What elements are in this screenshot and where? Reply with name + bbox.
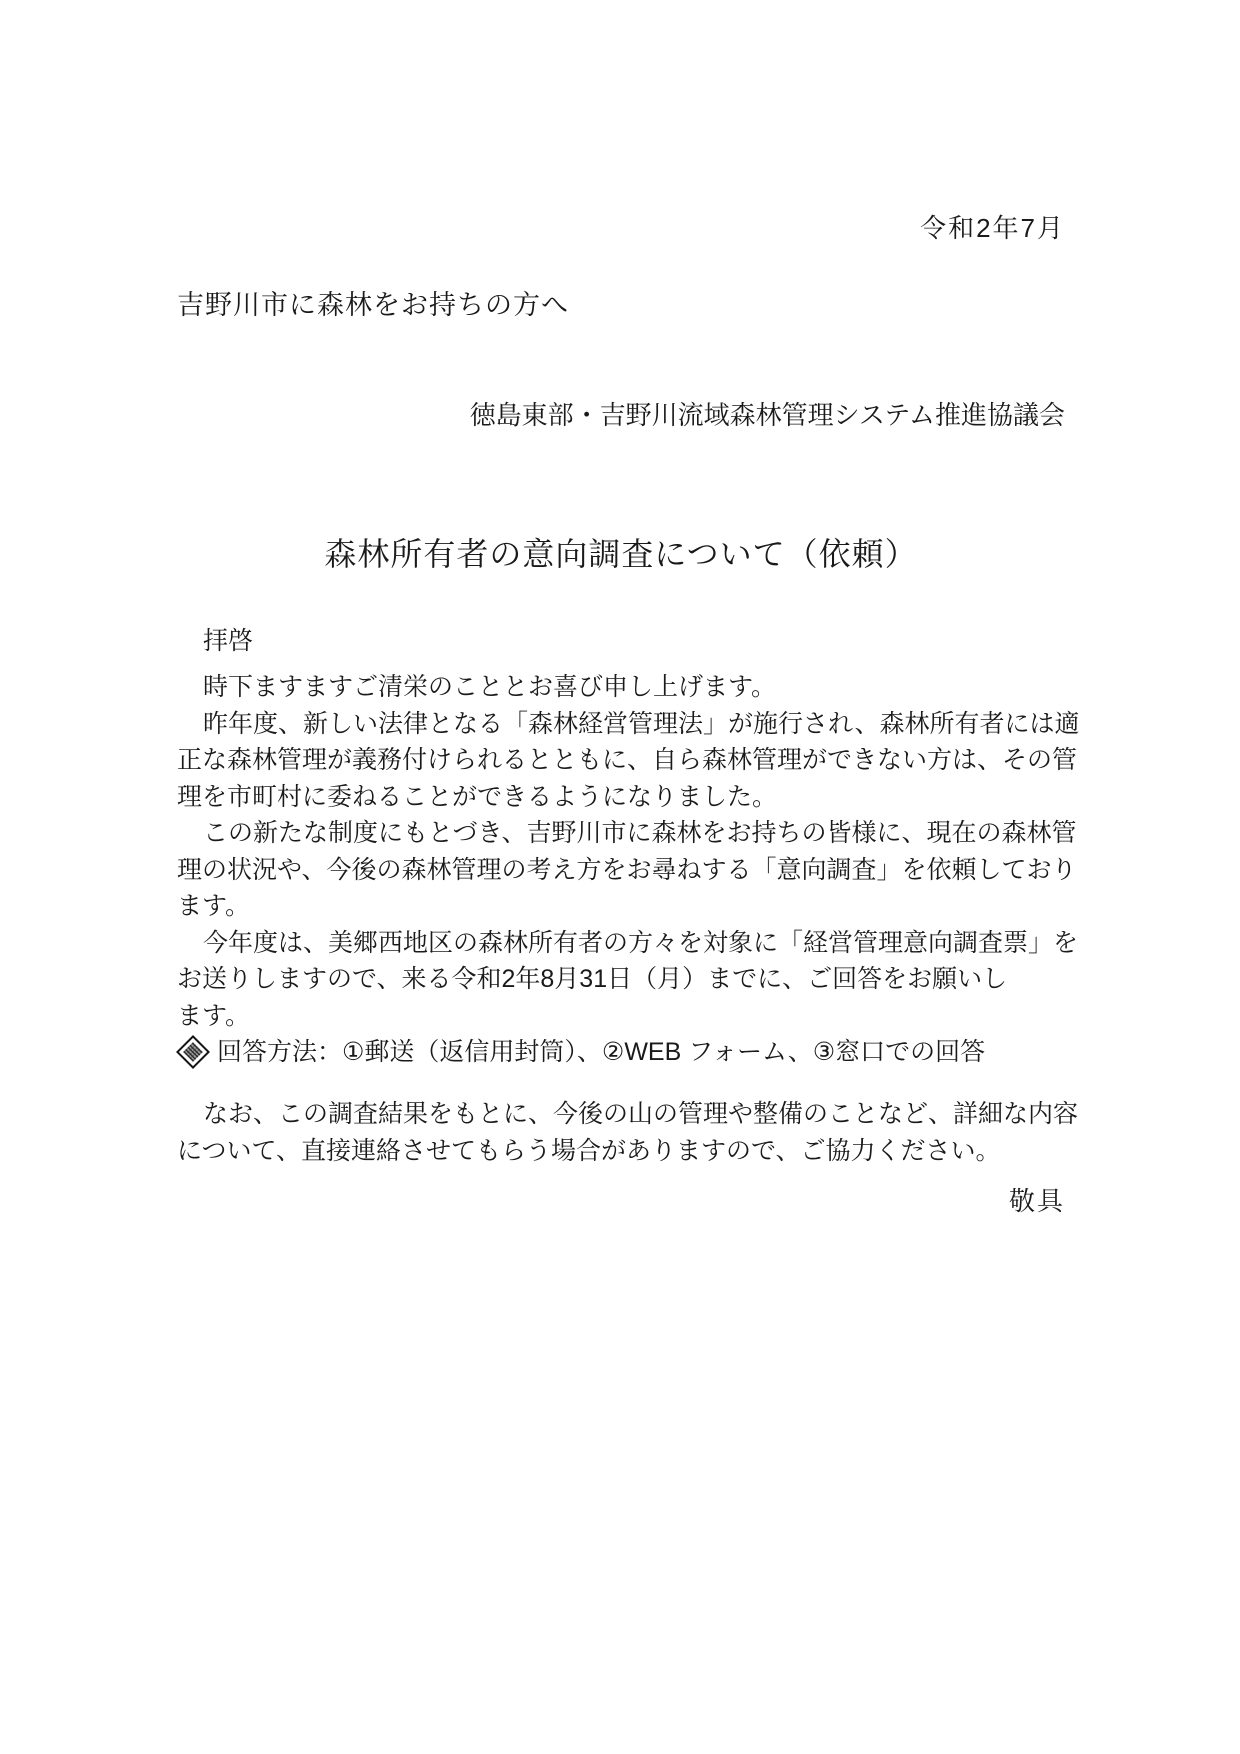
reply-method-text: 回答方法：①郵送（返信用封筒）、②WEB フォーム、③窓口での回答 (217, 1034, 985, 1071)
body-line: について、直接連絡させてもらう場合がありますので、ご協力ください。 (177, 1133, 1065, 1170)
closing-word: 敬具 (177, 1181, 1065, 1218)
document-page: 令和2年7月 吉野川市に森林をお持ちの方へ 徳島東部・吉野川流域森林管理システム… (0, 0, 1240, 1754)
salutation: 拝啓 (177, 621, 253, 657)
body-line: 理の状況や、今後の森林管理の考え方をお尋ねする「意向調査」を依頼しており (177, 852, 1065, 889)
document-content: 令和2年7月 吉野川市に森林をお持ちの方へ 徳島東部・吉野川流域森林管理システム… (177, 0, 1065, 1754)
body-line: 理を市町村に委ねることができるようになりました。 (177, 779, 1065, 816)
recipient-line: 吉野川市に森林をお持ちの方へ (177, 283, 569, 322)
body-line: 正な森林管理が義務付けられるとともに、自ら森林管理ができない方は、その管 (177, 742, 1065, 779)
body-line: ます。 (177, 998, 1065, 1035)
diamond-bullet-icon (176, 1035, 210, 1069)
body-line: 今年度は、美郷西地区の森林所有者の方々を対象に「経営管理意向調査票」を (177, 925, 1065, 962)
body-line: 昨年度、新しい法律となる「森林経営管理法」が施行され、森林所有者には適 (177, 706, 1065, 743)
body-line: この新たな制度にもとづき、吉野川市に森林をお持ちの皆様に、現在の森林管 (177, 815, 1065, 852)
body-paragraphs: 時下ますますご清栄のこととお喜び申し上げます。 昨年度、新しい法律となる「森林経… (177, 669, 1065, 1071)
body-line: 時下ますますご清栄のこととお喜び申し上げます。 (177, 669, 1065, 706)
closing-paragraph: なお、この調査結果をもとに、今後の山の管理や整備のことなど、詳細な内容 について… (177, 1096, 1065, 1169)
sender-line: 徳島東部・吉野川流域森林管理システム推進協議会 (177, 395, 1065, 432)
reply-method-line: 回答方法：①郵送（返信用封筒）、②WEB フォーム、③窓口での回答 (177, 1034, 1065, 1071)
date-line: 令和2年7月 (177, 208, 1065, 245)
body-line: お送りしますので、来る令和2年8月31日（月）までに、ご回答をお願いし (177, 961, 1065, 998)
document-title: 森林所有者の意向調査について（依頼） (177, 529, 1065, 575)
body-line: なお、この調査結果をもとに、今後の山の管理や整備のことなど、詳細な内容 (177, 1096, 1065, 1133)
body-line: ます。 (177, 888, 1065, 925)
